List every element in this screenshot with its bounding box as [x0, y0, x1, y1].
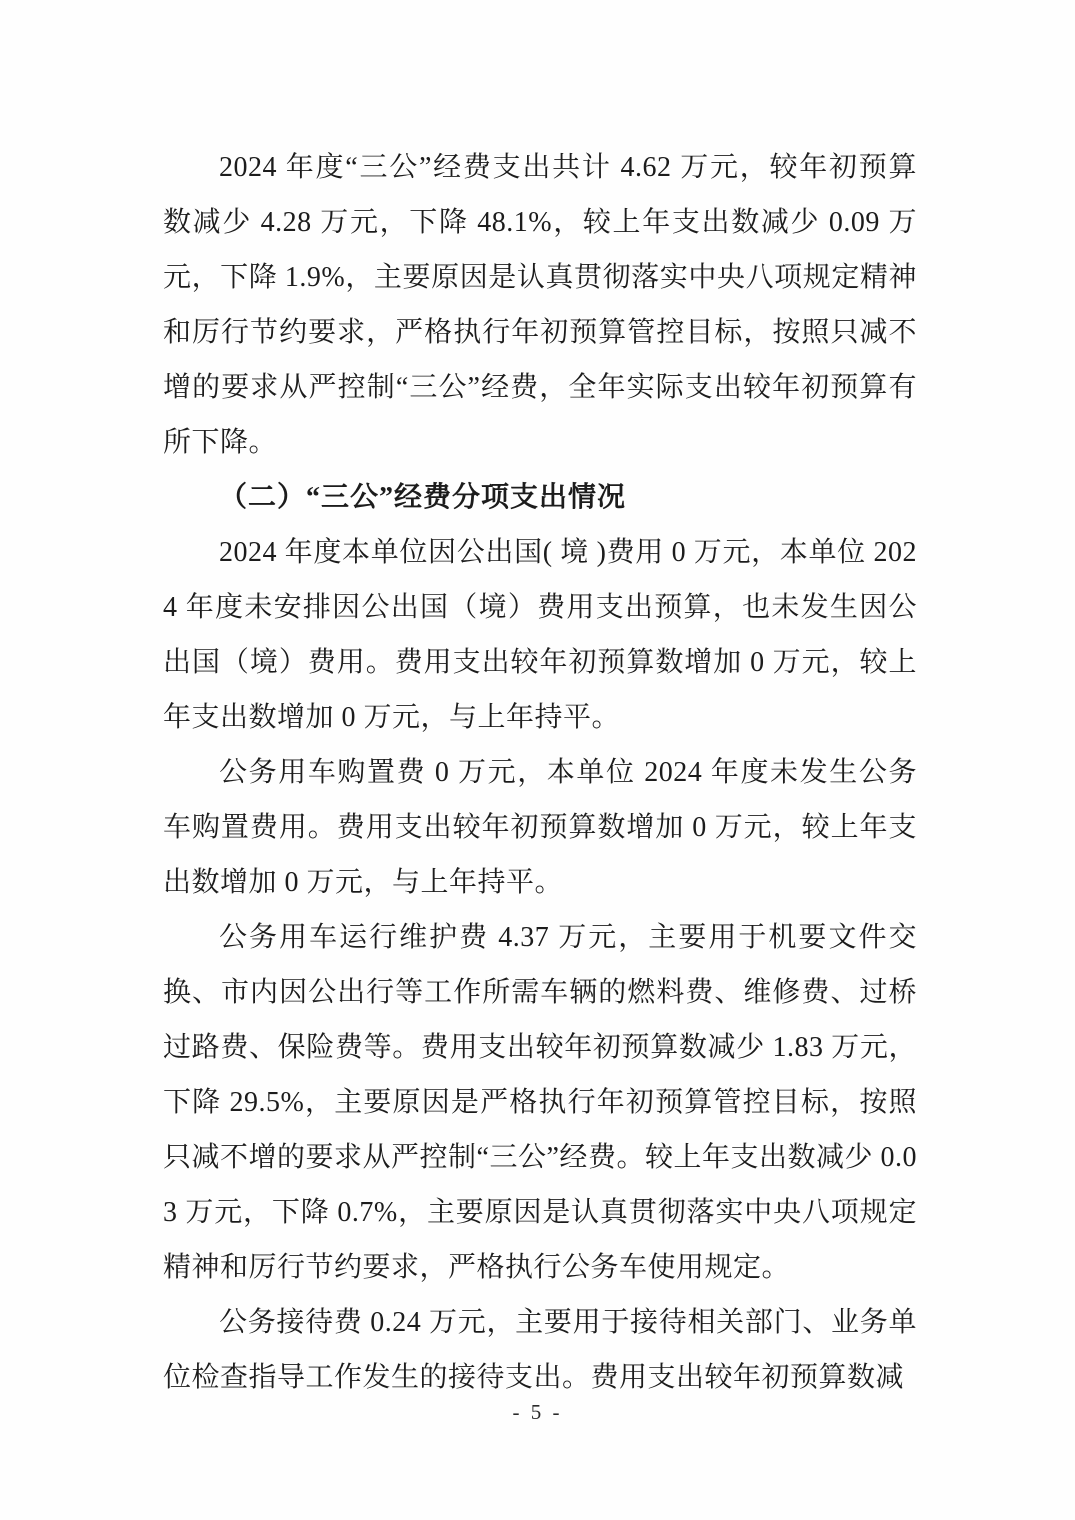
document-body: 2024 年度“三公”经费支出共计 4.62 万元，较年初预算数减少 4.28 … — [163, 140, 917, 1405]
section-heading-itemized-expenses: （二）“三公”经费分项支出情况 — [163, 470, 917, 525]
paragraph-vehicle-purchase: 公务用车购置费 0 万元，本单位 2024 年度未发生公务车购置费用。费用支出较… — [163, 745, 917, 910]
page-number: - 5 - — [0, 1400, 1075, 1425]
paragraph-official-reception: 公务接待费 0.24 万元，主要用于接待相关部门、业务单位检查指导工作发生的接待… — [163, 1295, 917, 1405]
paragraph-overseas-travel: 2024 年度本单位因公出国( 境 )费用 0 万元，本单位 2024 年度未安… — [163, 525, 917, 745]
document-page: 2024 年度“三公”经费支出共计 4.62 万元，较年初预算数减少 4.28 … — [0, 0, 1075, 1520]
paragraph-vehicle-operation: 公务用车运行维护费 4.37 万元，主要用于机要文件交换、市内因公出行等工作所需… — [163, 910, 917, 1295]
paragraph-three-public-total: 2024 年度“三公”经费支出共计 4.62 万元，较年初预算数减少 4.28 … — [163, 140, 917, 470]
